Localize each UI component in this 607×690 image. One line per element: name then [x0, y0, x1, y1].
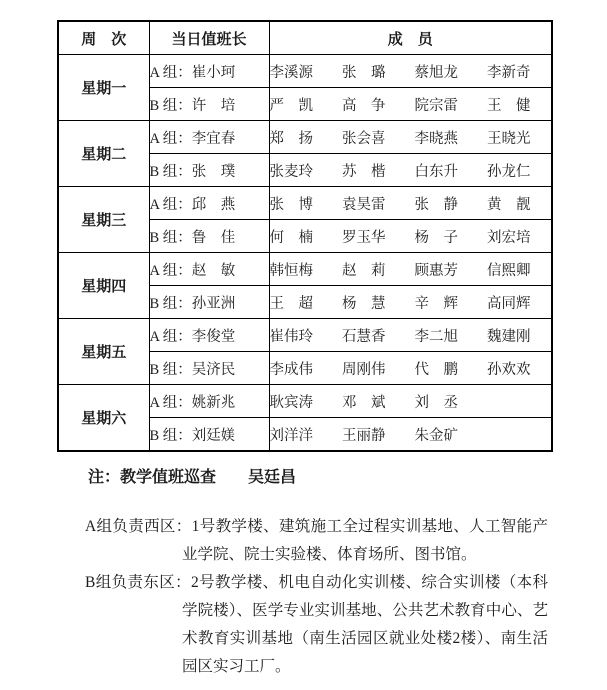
members-cell-wednesday-b: 何 楠 罗玉华 杨 子 刘宏培	[269, 220, 552, 253]
leader-cell-friday-b: B 组：吴济民	[149, 352, 269, 385]
duty-schedule-table: 周 次 当日值班长 成 员 星期一 A 组：崔小珂 李溪源 张 璐 蔡旭龙 李新…	[57, 20, 553, 452]
leader-cell-monday-b: B 组：许 培	[149, 88, 269, 121]
leader-cell-thursday-b: B 组：孙亚洲	[149, 286, 269, 319]
header-week: 周 次	[58, 21, 149, 55]
day-cell-thursday: 星期四	[58, 253, 149, 319]
zone-b-text: 2号教学楼、机电自动化实训楼、综合实训楼（本科学院楼）、医学专业实训基地、公共艺…	[182, 574, 548, 675]
zone-a-text: 1号教学楼、建筑施工全过程实训基地、人工智能产业学院、院士实验楼、体育场所、图书…	[182, 518, 548, 563]
header-leader: 当日值班长	[149, 21, 269, 55]
leader-cell-wednesday-b: B 组：鲁 佳	[149, 220, 269, 253]
leader-cell-saturday-a: A 组：姚新兆	[149, 385, 269, 418]
members-cell-monday-a: 李溪源 张 璐 蔡旭龙 李新奇	[269, 55, 552, 88]
table-row: 星期一 A 组：崔小珂 李溪源 张 璐 蔡旭龙 李新奇	[58, 55, 552, 88]
leader-cell-saturday-b: B 组：刘廷媄	[149, 418, 269, 452]
leader-cell-tuesday-a: A 组：李宜春	[149, 121, 269, 154]
table-row: 星期六 A 组：姚新兆 耿宾涛 邓 斌 刘 丞	[58, 385, 552, 418]
members-cell-saturday-b: 刘洋洋 王丽静 朱金矿	[269, 418, 552, 452]
members-cell-thursday-b: 王 超 杨 慧 辛 辉 高同辉	[269, 286, 552, 319]
members-cell-thursday-a: 韩恒梅 赵 莉 顾惠芳 信熙卿	[269, 253, 552, 286]
leader-cell-tuesday-b: B 组：张 璞	[149, 154, 269, 187]
leader-cell-monday-a: A 组：崔小珂	[149, 55, 269, 88]
zone-b-description: B组负责东区：2号教学楼、机电自动化实训楼、综合实训楼（本科学院楼）、医学专业实…	[85, 569, 548, 681]
header-members: 成 员	[269, 21, 552, 55]
leader-cell-friday-a: A 组：李俊堂	[149, 319, 269, 352]
table-header-row: 周 次 当日值班长 成 员	[58, 21, 552, 55]
day-cell-monday: 星期一	[58, 55, 149, 121]
leader-cell-thursday-a: A 组：赵 敏	[149, 253, 269, 286]
zone-a-description: A组负责西区：1号教学楼、建筑施工全过程实训基地、人工智能产业学院、院士实验楼、…	[85, 513, 548, 569]
table-row: 星期五 A 组：李俊堂 崔伟玲 石慧香 李二旭 魏建刚	[58, 319, 552, 352]
zone-b-label: B组负责东区：	[85, 574, 191, 591]
zone-a-label: A组负责西区：	[85, 518, 192, 535]
members-cell-tuesday-a: 郑 扬 张会喜 李晓燕 王晓光	[269, 121, 552, 154]
day-cell-saturday: 星期六	[58, 385, 149, 452]
day-cell-friday: 星期五	[58, 319, 149, 385]
day-cell-wednesday: 星期三	[58, 187, 149, 253]
zone-descriptions: A组负责西区：1号教学楼、建筑施工全过程实训基地、人工智能产业学院、院士实验楼、…	[85, 513, 548, 681]
members-cell-friday-b: 李成伟 周刚伟 代 鹏 孙欢欢	[269, 352, 552, 385]
table-row: 星期二 A 组：李宜春 郑 扬 张会喜 李晓燕 王晓光	[58, 121, 552, 154]
members-cell-friday-a: 崔伟玲 石慧香 李二旭 魏建刚	[269, 319, 552, 352]
table-row: 星期三 A 组：邱 燕 张 博 袁昊雷 张 静 黄 靓	[58, 187, 552, 220]
day-cell-tuesday: 星期二	[58, 121, 149, 187]
document-page: 周 次 当日值班长 成 员 星期一 A 组：崔小珂 李溪源 张 璐 蔡旭龙 李新…	[0, 0, 607, 690]
members-cell-saturday-a: 耿宾涛 邓 斌 刘 丞	[269, 385, 552, 418]
inspection-note: 注：教学值班巡查 吴廷昌	[88, 468, 607, 488]
leader-cell-wednesday-a: A 组：邱 燕	[149, 187, 269, 220]
members-cell-monday-b: 严 凯 高 争 院宗雷 王 健	[269, 88, 552, 121]
members-cell-wednesday-a: 张 博 袁昊雷 张 静 黄 靓	[269, 187, 552, 220]
table-row: 星期四 A 组：赵 敏 韩恒梅 赵 莉 顾惠芳 信熙卿	[58, 253, 552, 286]
members-cell-tuesday-b: 张麦玲 苏 楷 白东升 孙龙仁	[269, 154, 552, 187]
